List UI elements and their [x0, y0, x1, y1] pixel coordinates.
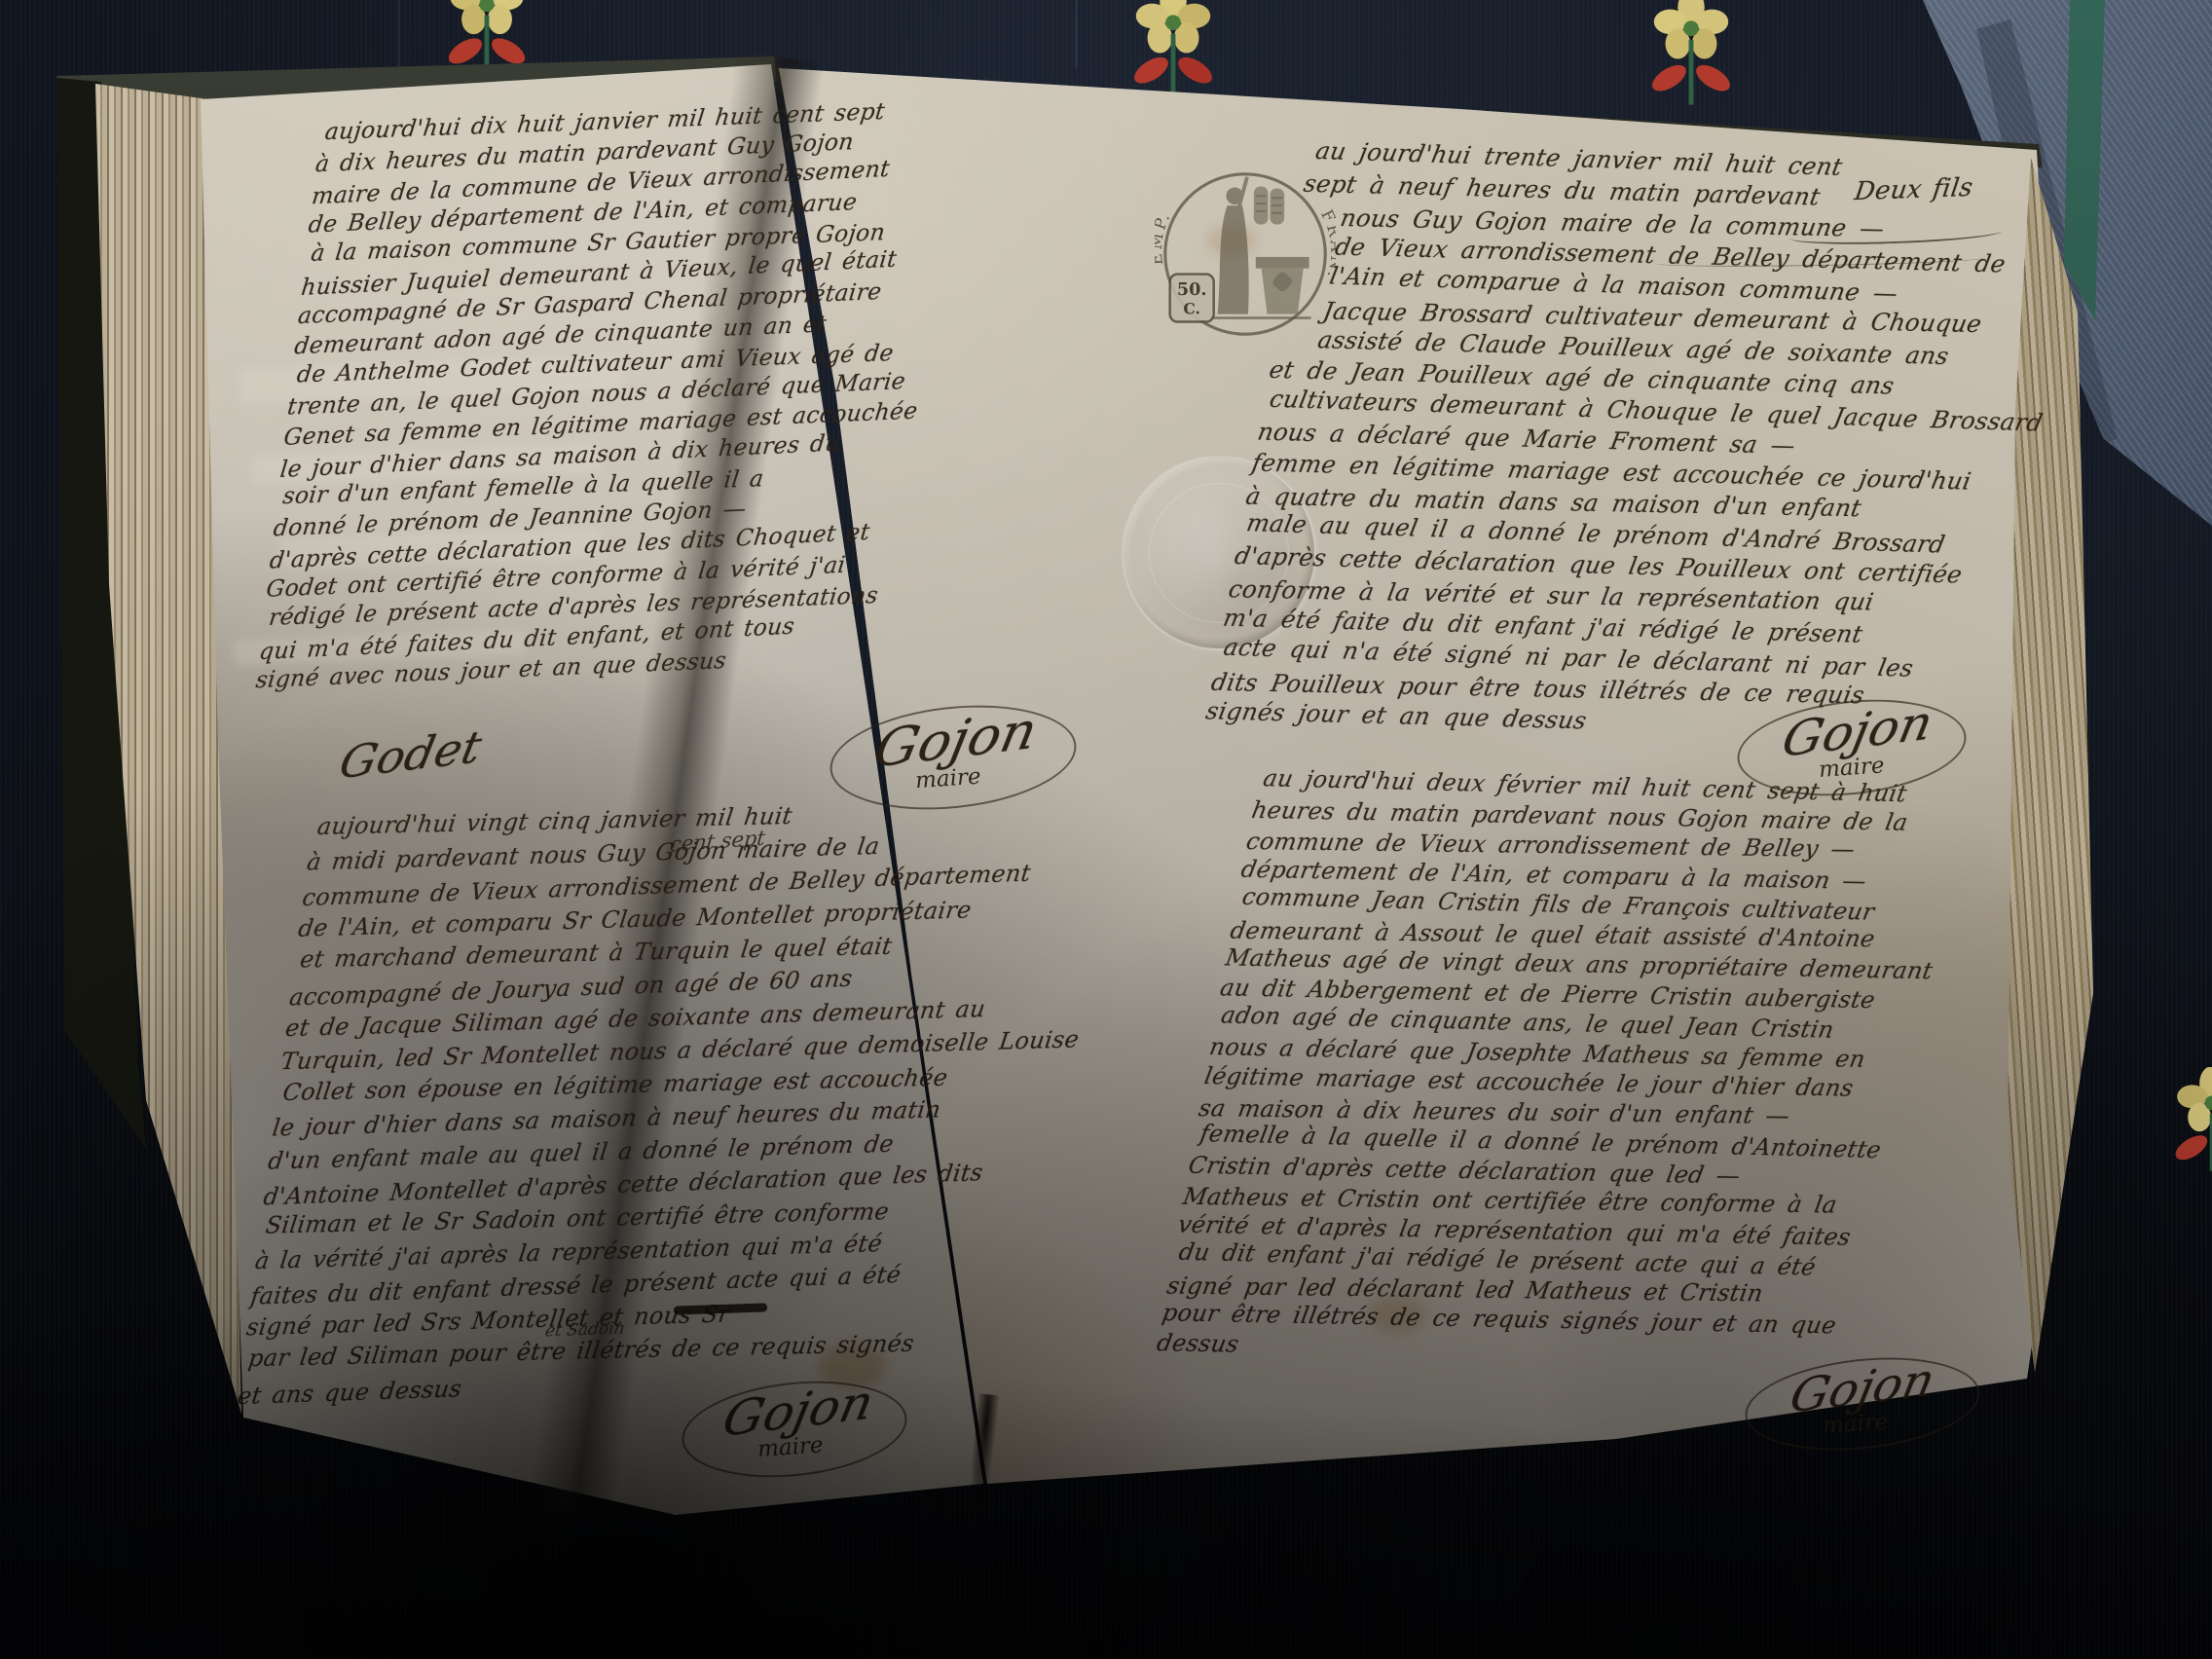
flower-leaves: [2171, 1130, 2212, 1164]
signature-mayor-right-2: Gojon maire: [1760, 1361, 1932, 1435]
embroidered-flower: [2167, 1067, 2212, 1201]
flower-center: [1165, 15, 1181, 30]
left-page-record-2: aujourd'hui vingt cinq janvier mil huità…: [236, 790, 1111, 1410]
flower-center: [1683, 20, 1699, 36]
stamp-value-c: C.: [1183, 300, 1200, 318]
stamp-value-50: 50.: [1177, 279, 1207, 300]
interline-insertion-et-sadoin: et Sadoin: [544, 1319, 626, 1342]
signature-name: Godet: [335, 720, 486, 790]
embroidered-flower: [1643, 0, 1739, 133]
signature-godet: Godet: [343, 728, 479, 781]
signature-mayor-left-1: Gojon maire: [839, 709, 1034, 790]
stamp-value-box: 50. C.: [1170, 275, 1214, 322]
left-page-record-1: aujourd'hui dix huit janvier mil huit ce…: [254, 92, 954, 696]
signature-mayor-right-1: Gojon maire: [1751, 703, 1930, 779]
right-page-record-2: au jourd'hui deux février mil huit cent …: [1155, 765, 1967, 1371]
stamp-text-emp: EMP.: [1155, 207, 1175, 266]
margin-note: Deux fils: [1853, 173, 1974, 206]
fabric-seam: [1075, 0, 1078, 68]
signature-mayor-left-2: Gojon maire: [693, 1382, 870, 1458]
